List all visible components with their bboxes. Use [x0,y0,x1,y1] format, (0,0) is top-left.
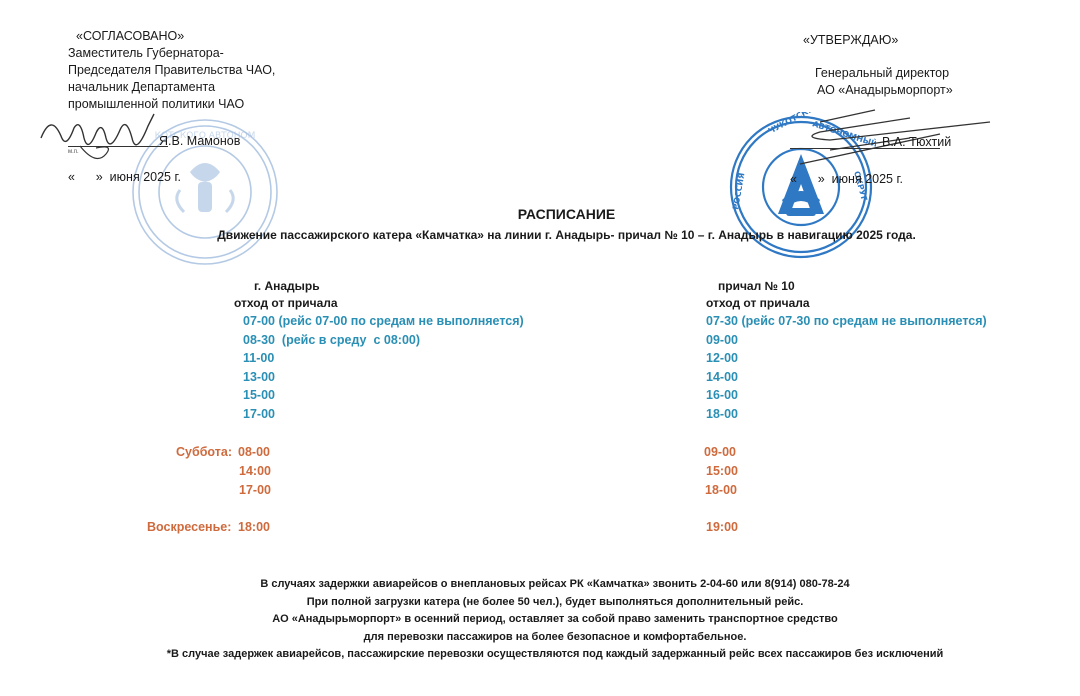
svg-text:РОССИЯ: РОССИЯ [731,172,746,210]
weekday-time: 12-00 [706,349,987,368]
svg-text:ЧУКОТСКИЙ: ЧУКОТСКИЙ [766,112,822,136]
approval-right-position-1: Генеральный директор [815,65,949,82]
footer-note: В случаях задержки авиарейсов о внеплано… [0,576,1080,594]
weekday-time: 16-00 [706,386,987,405]
approval-left-block: «СОГЛАСОВАНО» Заместитель Губернатора- П… [68,28,275,113]
schedule-column-pier-10: причал № 10 отход от причала 07-30 (рейс… [706,278,987,424]
svg-text:АВТОНОМНЫЙ: АВТОНОМНЫЙ [811,117,876,148]
footer-note: При полной загрузки катера (не более 50 … [0,594,1080,612]
weekday-time: 08-30 (рейс в среду с 08:00) [243,331,524,350]
departure-label: отход от причала [706,295,987,312]
saturday-time-left: 14:00 [239,464,271,478]
footer-note: для перевозки пассажиров на более безопа… [0,629,1080,647]
approval-right-heading: «УТВЕРЖДАЮ» [803,32,898,49]
saturday-time-right: 09-00 [704,445,736,459]
departure-place: причал № 10 [706,278,987,295]
departure-place: г. Анадырь [234,278,524,295]
saturday-time-right: 15:00 [706,464,738,478]
approval-right-signatory: В.А. Тюхтий [882,134,951,151]
weekday-time: 17-00 [243,405,524,424]
departure-label: отход от причала [234,295,524,312]
weekday-time: 13-00 [243,368,524,387]
weekday-time: 07-30 (рейс 07-30 по средам не выполняет… [706,312,987,331]
approval-right-position-2: АО «Анадырьморпорт» [817,82,953,99]
footer-note: АО «Анадырьморпорт» в осенний период, ос… [0,611,1080,629]
saturday-label: Суббота: [176,445,232,459]
approval-left-position-2: Председателя Правительства ЧАО, [68,62,275,79]
approval-left-heading: «СОГЛАСОВАНО» [68,28,275,45]
right-signature [760,104,1000,174]
document-title: РАСПИСАНИЕ [0,206,1080,222]
saturday-time-right: 18-00 [705,483,737,497]
left-signature-line [68,146,168,147]
weekday-time: 14-00 [706,368,987,387]
saturday-time-left: 17-00 [239,483,271,497]
approval-left-position-4: промышленной политики ЧАО [68,96,275,113]
footer-notes: В случаях задержки авиарейсов о внеплано… [0,576,1080,664]
document-subtitle: Движение пассажирского катера «Камчатка»… [0,228,1080,242]
approval-right-date: « » июня 2025 г. [790,171,903,188]
weekday-time: 09-00 [706,331,987,350]
saturday-time-left: 08-00 [238,445,270,459]
sunday-time-left: 18:00 [238,520,270,534]
approval-left-position-3: начальник Департамента [68,79,275,96]
left-signature [36,108,166,168]
sunday-time-right: 19:00 [706,520,738,534]
weekday-time: 11-00 [243,349,524,368]
weekday-time: 15-00 [243,386,524,405]
sunday-label: Воскресенье: [147,520,231,534]
schedule-column-anadyr: г. Анадырь отход от причала 07-00 (рейс … [234,278,524,424]
seal-mark: м.п. [68,149,79,155]
footer-note: *В случае задержек авиарейсов, пассажирс… [0,646,1080,664]
weekday-time: 07-00 (рейс 07-00 по средам не выполняет… [243,312,524,331]
approval-left-date: « » июня 2025 г. [68,169,181,186]
weekday-time: 18-00 [706,405,987,424]
approval-left-signatory: Я.В. Мамонов [159,133,240,150]
approval-left-position-1: Заместитель Губернатора- [68,45,275,62]
